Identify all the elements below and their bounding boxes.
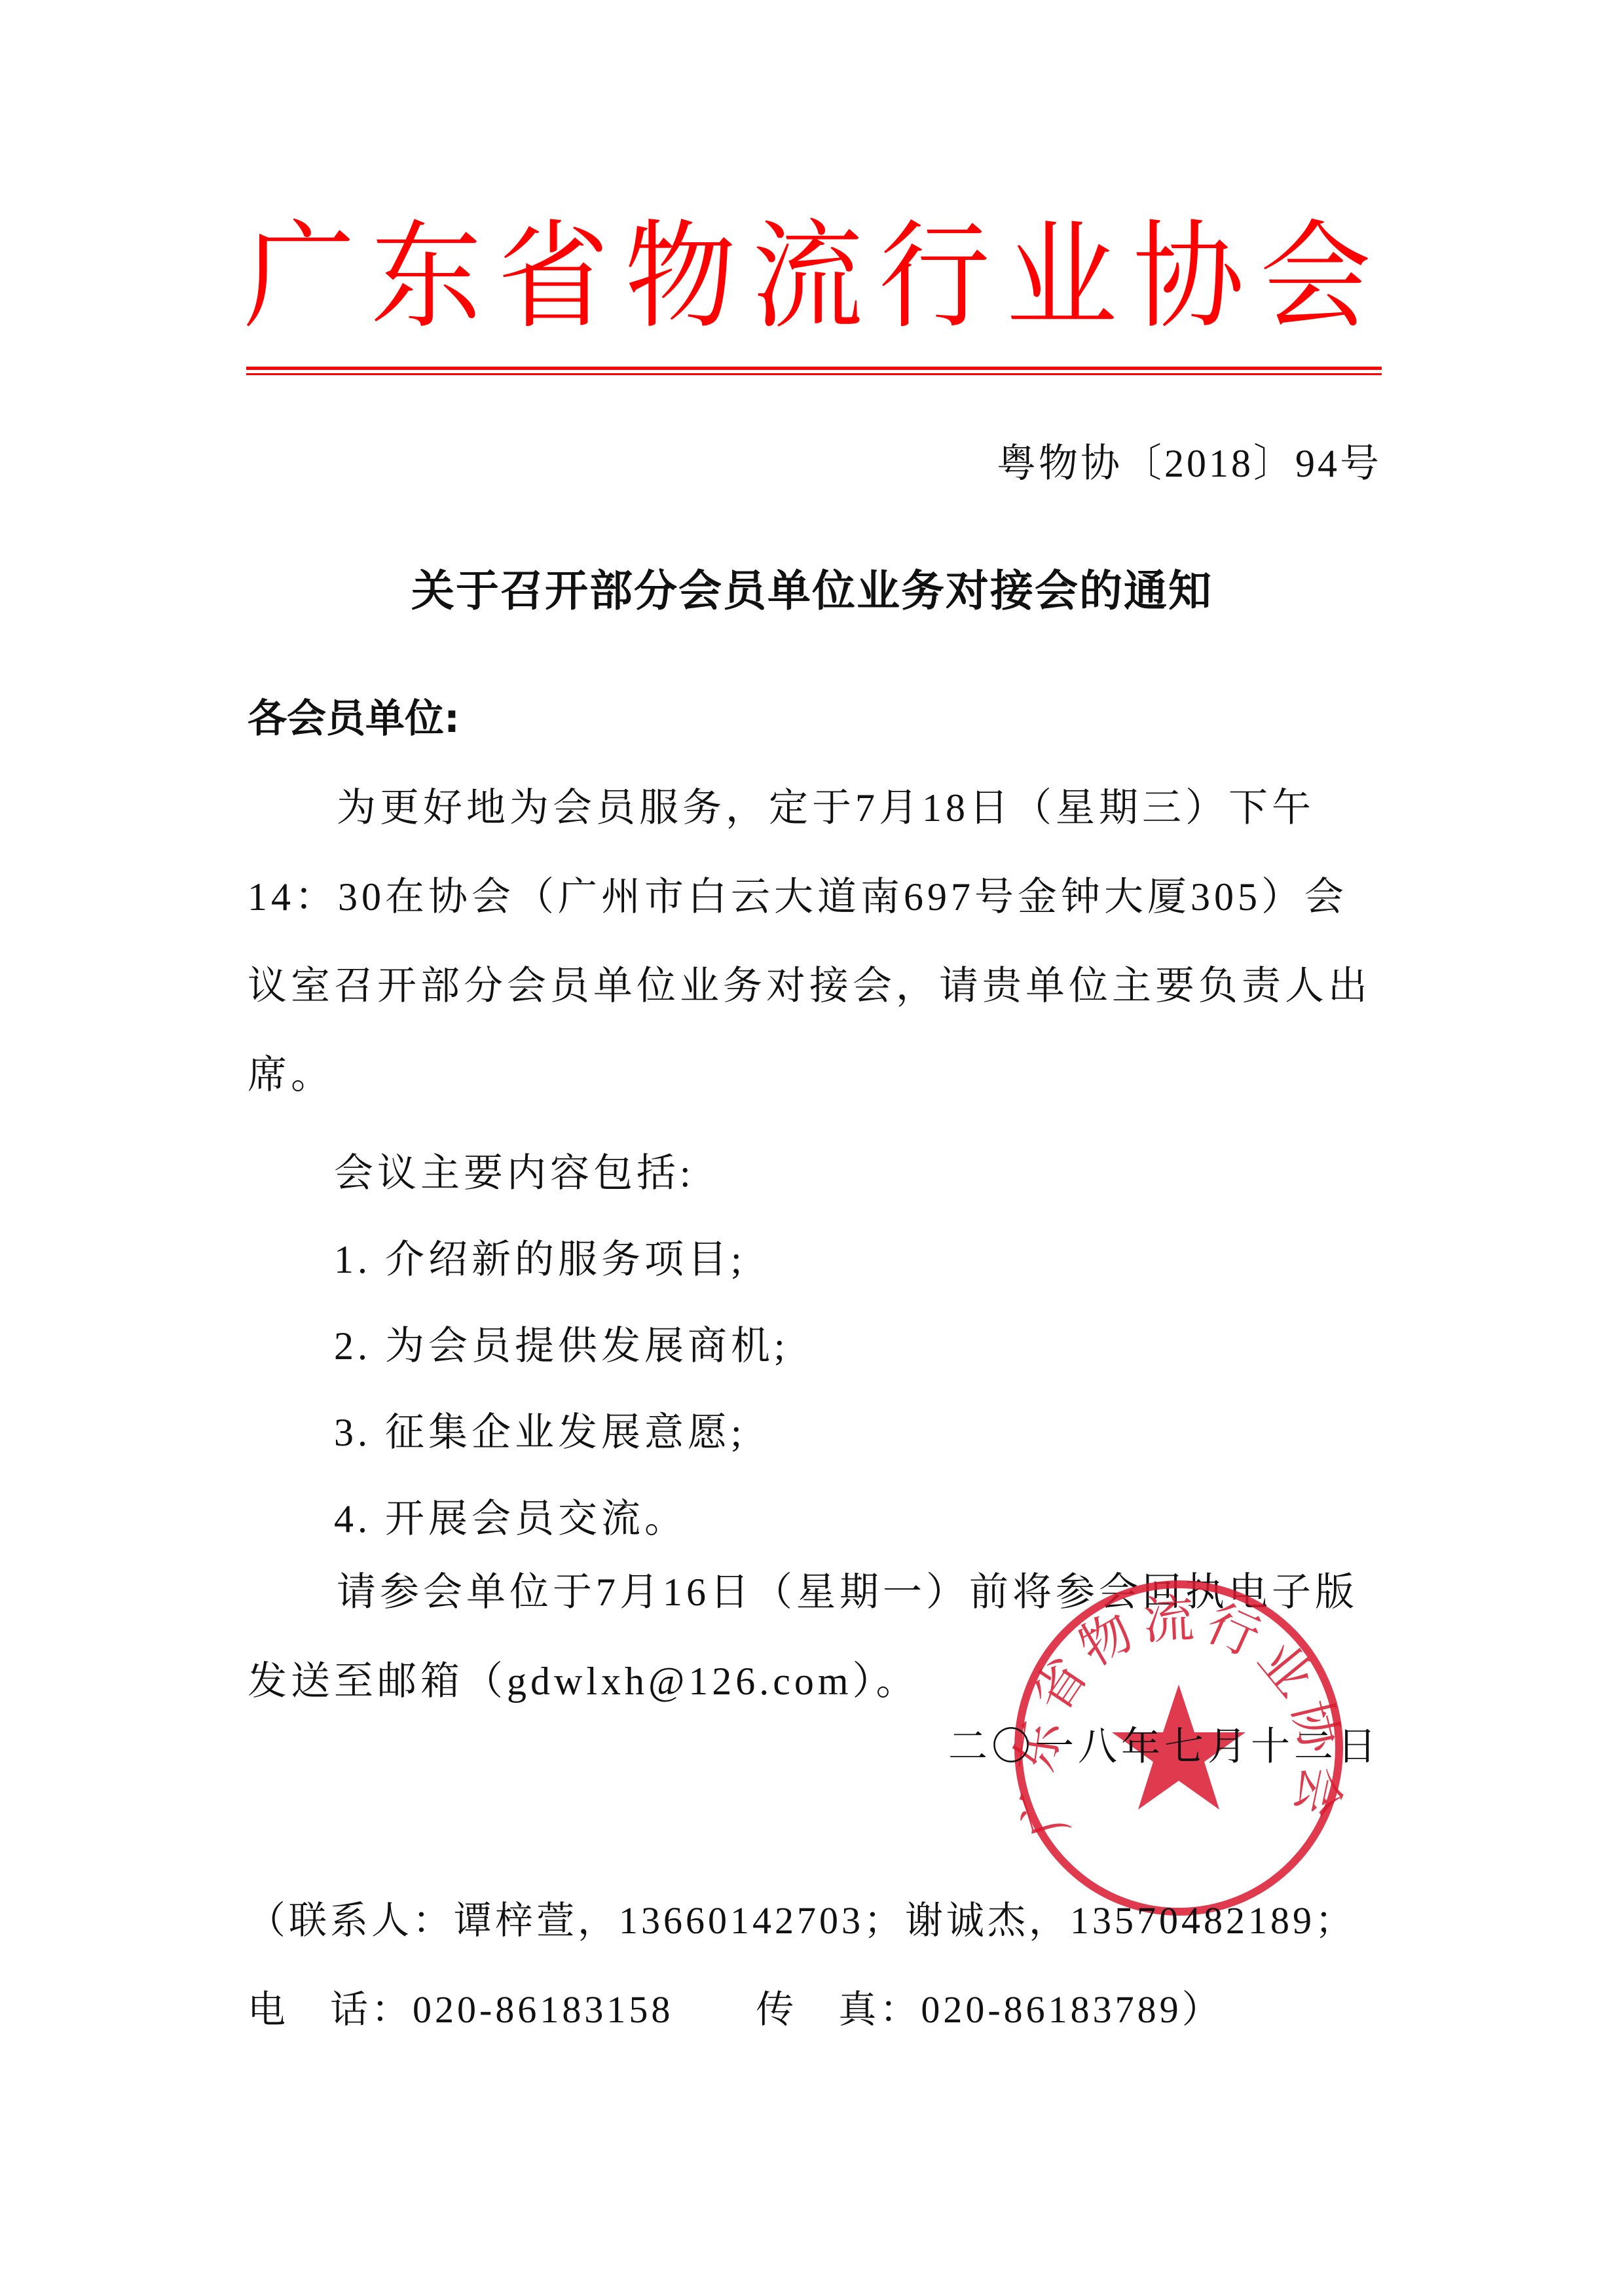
- agenda-item: 2. 为会员提供发展商机;: [334, 1303, 789, 1389]
- issue-date: 二〇一八年七月十二日: [948, 1721, 1380, 1773]
- contact-people: （联系人：谭梓萱，13660142703；谢诚杰，13570482189；: [248, 1895, 1356, 1947]
- paragraph-meeting-details: 为更好地为会员服务，定于7月18日（星期三）下午 14：30在协会（广州市白云大…: [248, 763, 1383, 1120]
- paragraph-line: 为更好地为会员服务，定于7月18日（星期三）下午: [248, 763, 1383, 852]
- salutation: 各会员单位:: [248, 693, 460, 745]
- document-title: 关于召开部分会员单位业务对接会的通知: [0, 562, 1624, 621]
- agenda-item: 1. 介绍新的服务项目;: [334, 1216, 789, 1303]
- letterhead-rule-thick: [246, 367, 1382, 370]
- letterhead-title: 广东省物流行业协会: [244, 208, 1383, 346]
- letterhead-rule-thin: [246, 373, 1382, 375]
- paragraph-line: 席。: [248, 1030, 1383, 1120]
- paragraph-line: 议室召开部分会员单位业务对接会，请贵单位主要负责人出: [248, 941, 1383, 1030]
- agenda-intro: 会议主要内容包括:: [334, 1130, 789, 1216]
- agenda: 会议主要内容包括: 1. 介绍新的服务项目; 2. 为会员提供发展商机; 3. …: [334, 1130, 789, 1562]
- document-number: 粤物协〔2018〕94号: [997, 437, 1382, 490]
- agenda-item: 3. 征集企业发展意愿;: [334, 1389, 789, 1476]
- contact-phone-fax: 电 话：020-86183158 传 真：020-86183789）: [248, 1984, 1223, 2036]
- paragraph-line: 14：30在协会（广州市白云大道南697号金钟大厦305）会: [248, 852, 1383, 941]
